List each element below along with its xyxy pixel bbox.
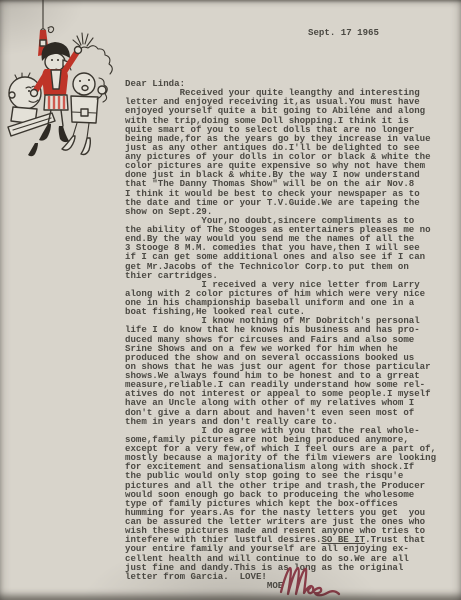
larry-figure — [62, 33, 112, 155]
three-stooges-hanging-cartoon-icon — [5, 0, 137, 170]
letter-body: Dear Linda: Received your quite leangthy… — [125, 79, 455, 590]
rope — [41, 0, 54, 33]
letter-photo: Sept. 17 1965 Dear Linda: Received your … — [0, 0, 461, 600]
letter-date: Sept. 17 1965 — [308, 27, 379, 38]
moe-signature — [278, 564, 342, 598]
